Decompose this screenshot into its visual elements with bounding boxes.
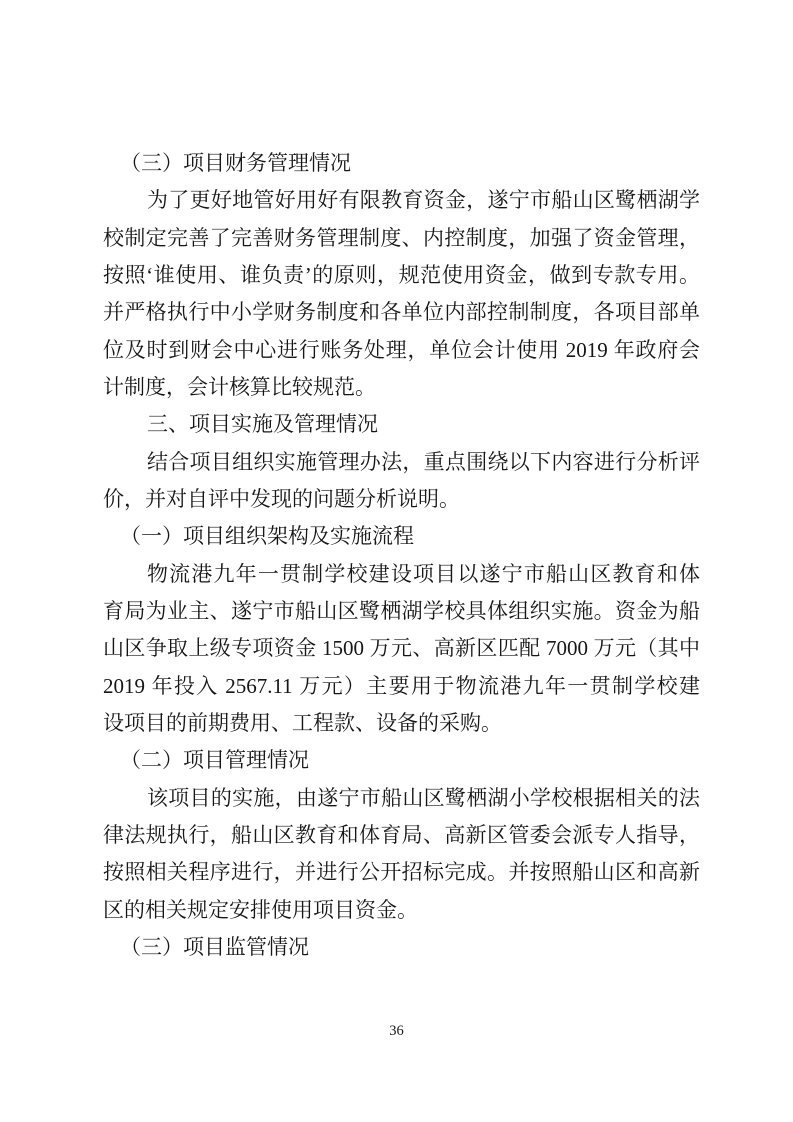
document-body: （三）项目财务管理情况为了更好地管好用好有限教育资金，遂宁市船山区鹭栖湖学校制定… <box>103 145 700 966</box>
page-number: 36 <box>0 1021 793 1041</box>
text-line: 按照‘谁使用、谁负责’的原则，规范使用资金，做到专款专用。 <box>103 257 700 294</box>
text-line: 山区争取上级专项资金 1500 万元、高新区匹配 7000 万元（其中 <box>103 630 700 667</box>
text-line: 校制定完善了完善财务管理制度、内控制度，加强了资金管理， <box>103 220 700 257</box>
text-line: 计制度，会计核算比较规范。 <box>103 369 700 406</box>
text-line: 并严格执行中小学财务制度和各单位内部控制制度，各项目部单 <box>103 294 700 331</box>
document-page: （三）项目财务管理情况为了更好地管好用好有限教育资金，遂宁市船山区鹭栖湖学校制定… <box>0 0 793 1122</box>
text-line: 结合项目组织实施管理办法，重点围绕以下内容进行分析评 <box>103 444 700 481</box>
heading-line: （三）项目财务管理情况 <box>103 145 700 182</box>
text-line: 为了更好地管好用好有限教育资金，遂宁市船山区鹭栖湖学 <box>103 182 700 219</box>
text-line: 按照相关程序进行，并进行公开招标完成。并按照船山区和高新 <box>103 854 700 891</box>
text-line: 该项目的实施，由遂宁市船山区鹭栖湖小学校根据相关的法 <box>103 780 700 817</box>
heading-line: （一）项目组织架构及实施流程 <box>103 518 700 555</box>
heading-line: （三）项目监管情况 <box>103 929 700 966</box>
text-line: 2019 年投入 2567.11 万元）主要用于物流港九年一贯制学校建 <box>103 668 700 705</box>
heading-line: 三、项目实施及管理情况 <box>103 406 700 443</box>
text-line: 律法规执行，船山区教育和体育局、高新区管委会派专人指导， <box>103 817 700 854</box>
text-line: 物流港九年一贯制学校建设项目以遂宁市船山区教育和体 <box>103 556 700 593</box>
heading-line: （二）项目管理情况 <box>103 742 700 779</box>
text-line: 设项目的前期费用、工程款、设备的采购。 <box>103 705 700 742</box>
text-line: 区的相关规定安排使用项目资金。 <box>103 892 700 929</box>
text-line: 育局为业主、遂宁市船山区鹭栖湖学校具体组织实施。资金为船 <box>103 593 700 630</box>
text-line: 位及时到财会中心进行账务处理，单位会计使用 2019 年政府会 <box>103 332 700 369</box>
text-line: 价，并对自评中发现的问题分析说明。 <box>103 481 700 518</box>
